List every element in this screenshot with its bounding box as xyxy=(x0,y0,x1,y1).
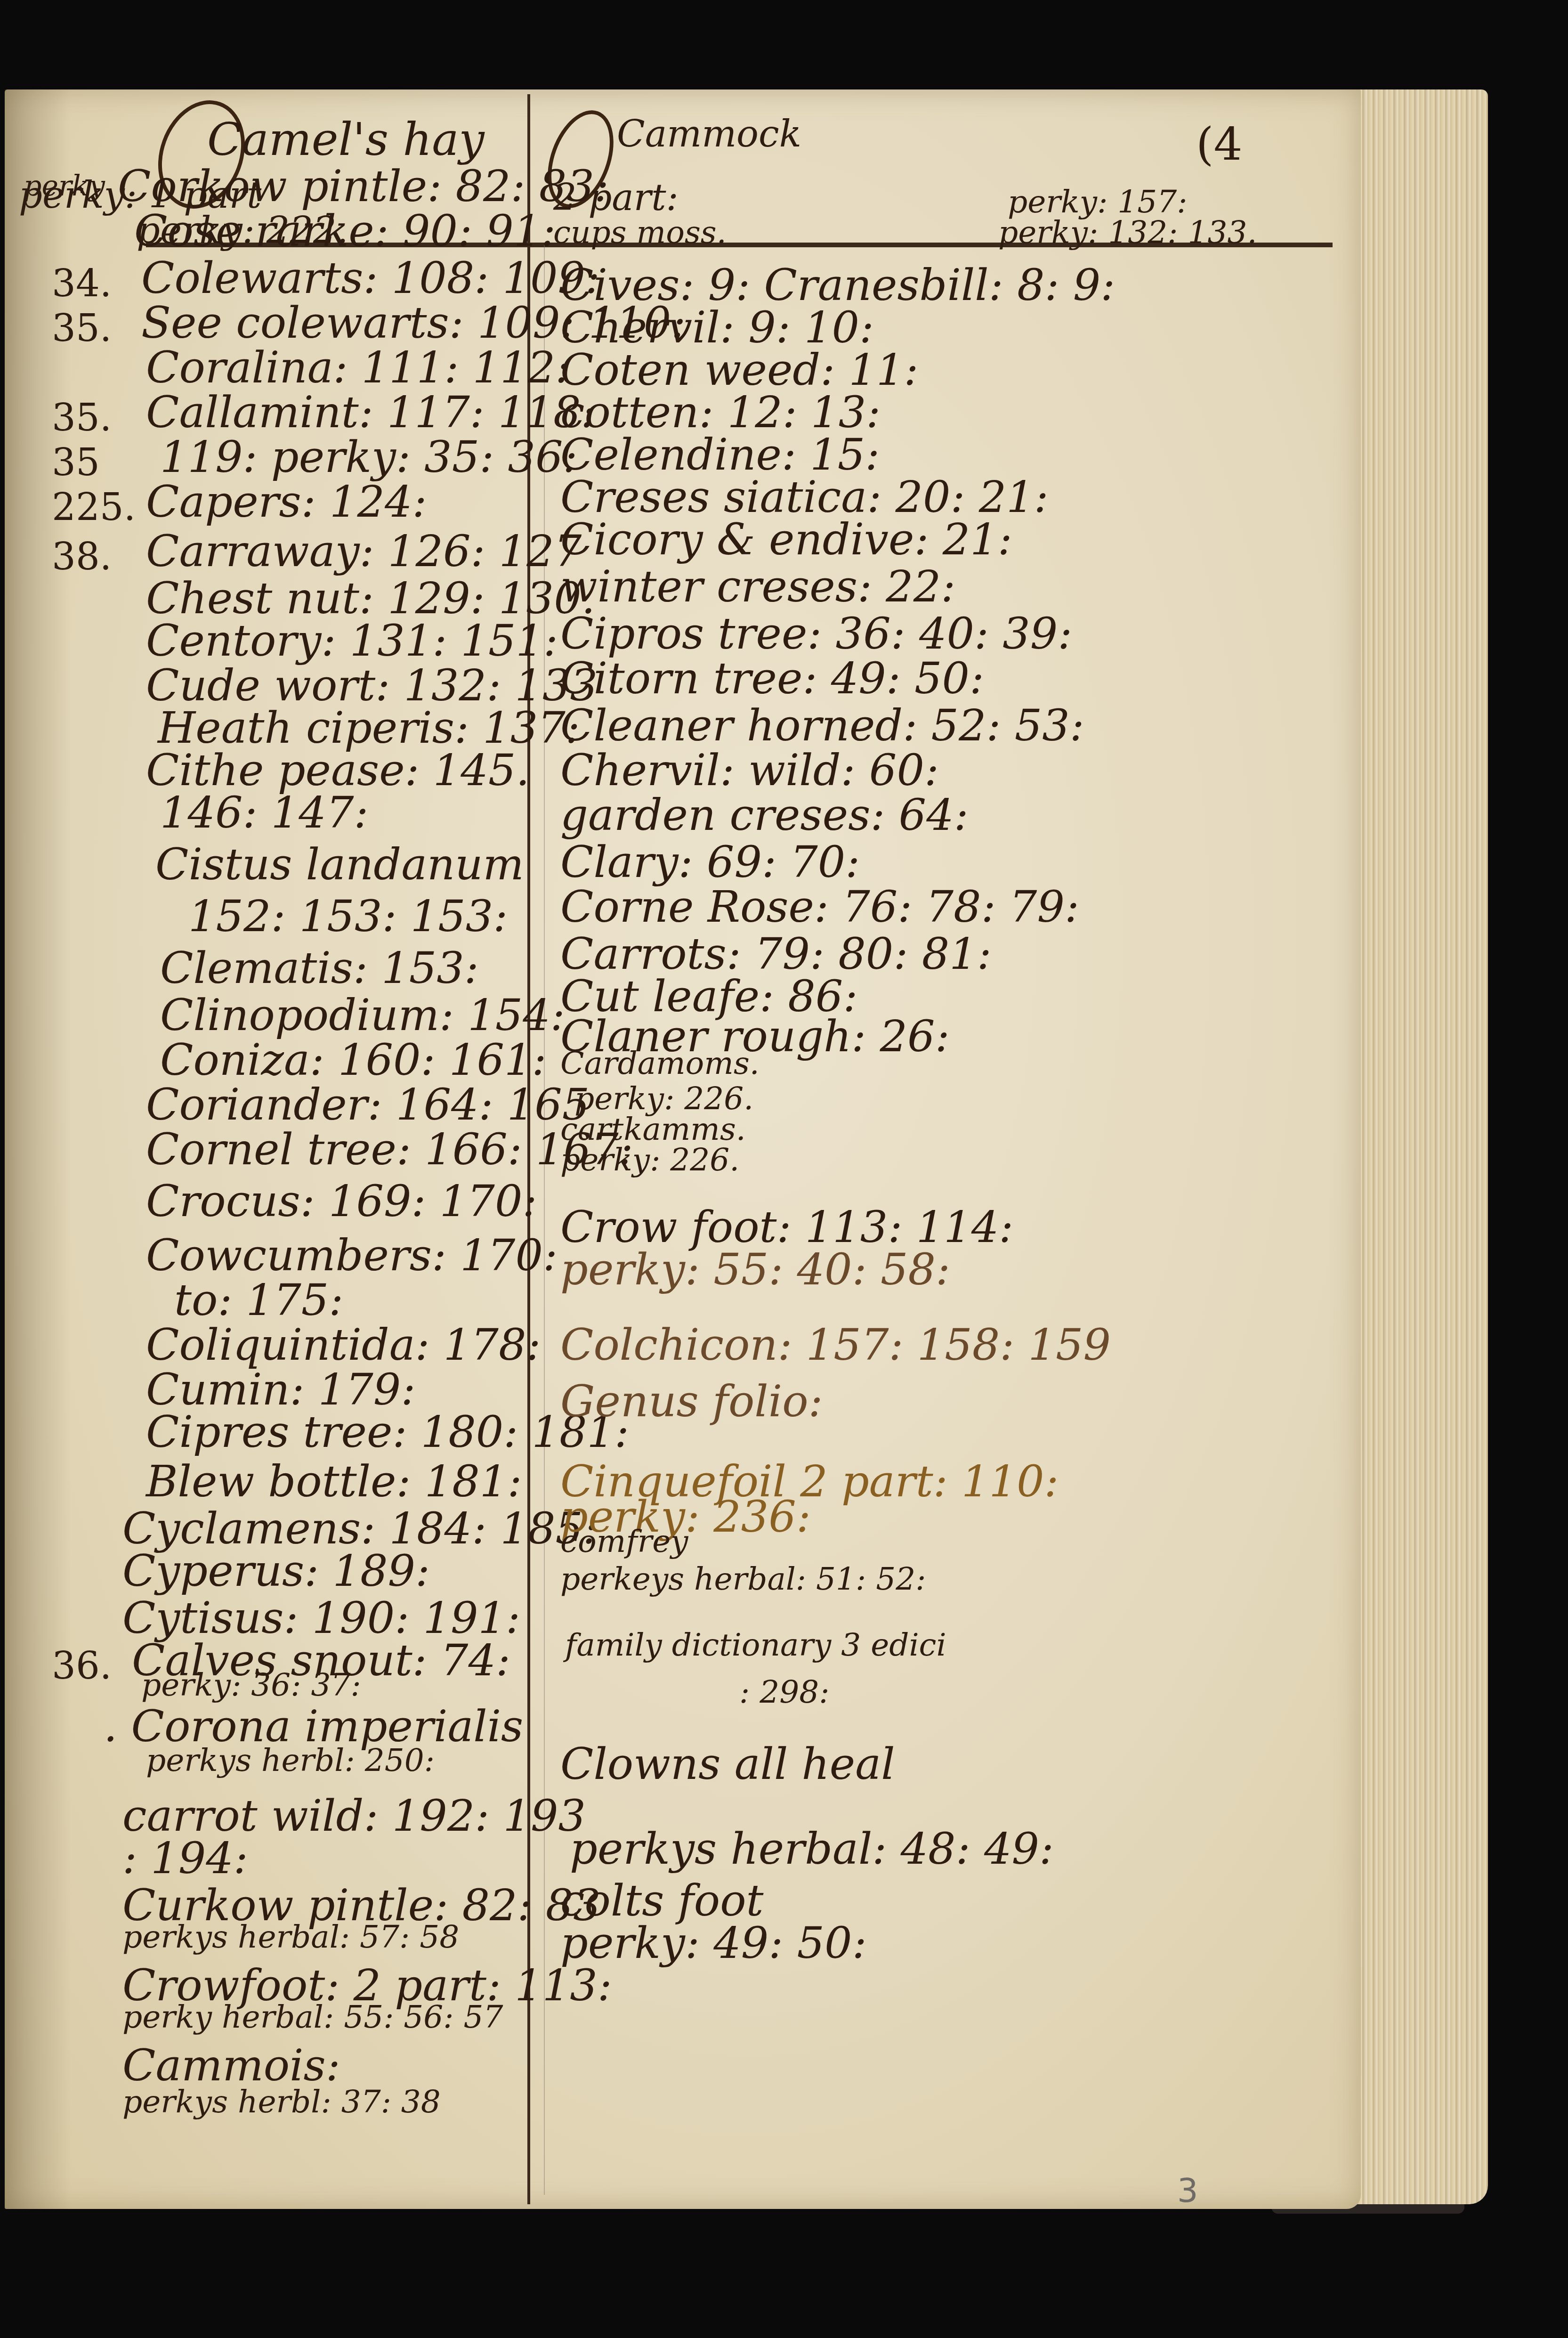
index-entry: Heath ciperis: 137: xyxy=(158,706,580,750)
index-entry: Coriander: 164: 165 xyxy=(146,1083,590,1127)
index-entry: Corne Rose: 76: 78: 79: xyxy=(560,885,1079,929)
index-entry: Crocus: 169: 170: xyxy=(146,1180,537,1223)
index-entry: perky: 226. xyxy=(574,1083,753,1114)
index-entry: Cowcumbers: 170: xyxy=(146,1234,558,1277)
index-entry: Centory: 131: 151: xyxy=(146,619,558,663)
index-entry: Cipros tree: 36: 40: 39: xyxy=(560,612,1072,656)
index-entry: perky: 49: 50: xyxy=(560,1922,867,1965)
index-entry: Chest nut: 129: 130. xyxy=(146,577,595,620)
index-entry: Clinopodium: 154: xyxy=(160,994,565,1037)
index-entry: Citorn tree: 49: 50: xyxy=(560,657,984,700)
index-entry: Cumin: 179: xyxy=(146,1368,415,1412)
index-entry: Cytisus: 190: 191: xyxy=(122,1597,520,1640)
index-entry: perky: 36: 37: xyxy=(141,1670,361,1701)
margin-number: 225. xyxy=(52,485,136,529)
index-entry: Blew bottle: 181: xyxy=(146,1460,522,1503)
page-marker: (4 xyxy=(1196,118,1243,170)
right-header-line-2: cups moss. xyxy=(553,214,727,251)
margin-number: 35 xyxy=(52,440,100,484)
index-entry: Colewarts: 108: 109: xyxy=(141,257,600,300)
index-entry: Corkow pintle: 82: 83: xyxy=(118,165,609,208)
index-entry: Chervil: wild: 60: xyxy=(560,749,939,792)
index-entry: Cyclamens: 184: 185: xyxy=(122,1507,598,1551)
index-entry: Clematis: 153: xyxy=(160,947,479,990)
index-entry: garden creses: 64: xyxy=(560,794,969,837)
index-entry: cartkamms. xyxy=(560,1114,746,1145)
index-entry: Cude wort: 132: 133 xyxy=(146,664,598,707)
index-entry: Crow foot: 113: 114: xyxy=(560,1206,1013,1249)
right-header-title: Cammock xyxy=(617,113,801,155)
left-header-title: Camel's hay xyxy=(207,113,485,166)
index-entry: perkys herbal: 48: 49: xyxy=(570,1827,1054,1871)
index-entry: perkys herbal: 57: 58 xyxy=(122,1922,459,1953)
index-entry: Carraway: 126: 127 xyxy=(146,530,582,573)
index-entry: perkeys herbal: 51: 52: xyxy=(560,1564,926,1595)
index-entry: Cyperus: 189: xyxy=(122,1550,430,1593)
index-entry: family dictionary 3 edici xyxy=(565,1630,946,1661)
index-entry: Coten weed: 11: xyxy=(560,349,919,392)
margin-number: 35. xyxy=(52,396,112,439)
index-entry: Cleaner horned: 52: 53: xyxy=(560,704,1084,747)
index-entry: Clowns all heal xyxy=(560,1743,895,1786)
index-entry: winter creses: 22: xyxy=(560,565,955,609)
index-entry: Cammois: xyxy=(122,2044,340,2087)
index-entry: : 194: xyxy=(122,1837,248,1880)
folio-number: 3 xyxy=(1177,2171,1198,2210)
index-entry: Celendine: 15: xyxy=(560,433,880,477)
margin-number: 38. xyxy=(52,535,112,578)
index-entry: perkys herbl: 37: 38 xyxy=(122,2086,441,2118)
index-entry: Cithe pease: 145. xyxy=(146,749,530,792)
index-entry: Chervil: 9: 10: xyxy=(560,306,874,349)
index-entry: perky herbal: 55: 56: 57 xyxy=(122,2002,503,2033)
index-entry: perky: 55: 40: 58: xyxy=(560,1248,950,1291)
index-entry: Coliquintida: 178: xyxy=(146,1323,541,1367)
index-entry: Callamint: 117: 118: xyxy=(146,391,596,434)
index-entry: Carrots: 79: 80: 81: xyxy=(560,933,992,976)
index-entry: perkys herbl: 250: xyxy=(146,1745,435,1776)
index-entry: Clary: 69: 70: xyxy=(560,841,860,884)
index-entry: carrot wild: 192: 193 xyxy=(122,1794,586,1838)
margin-number: perky xyxy=(24,170,105,203)
index-entry: comfrey xyxy=(560,1526,688,1557)
index-entry: 146: 147: xyxy=(160,791,368,835)
margin-number: 34. xyxy=(52,261,112,305)
index-entry: Genus folio: xyxy=(560,1380,823,1423)
index-entry: Creses siatica: 20: 21: xyxy=(560,476,1049,519)
index-entry: Cardamoms. xyxy=(560,1048,760,1079)
margin-number: 36. xyxy=(52,1644,112,1688)
index-entry: Coralina: 111: 112: xyxy=(146,346,570,390)
index-entry: perky: 226. xyxy=(560,1145,739,1176)
index-entry: Cistus landanum xyxy=(155,843,524,886)
index-entry: Cose rarke: 90: 91: xyxy=(134,210,556,253)
margin-number: 35. xyxy=(52,306,112,350)
index-entry: Coniza: 160: 161: xyxy=(160,1039,546,1082)
index-entry: : 298: xyxy=(739,1677,829,1708)
index-entry: Colchicon: 157: 158: 159 xyxy=(560,1323,1111,1367)
index-entry: to: 175: xyxy=(174,1279,343,1322)
index-entry: Cives: 9: Cranesbill: 8: 9: xyxy=(560,264,1115,307)
index-entry: colts foot xyxy=(560,1879,764,1923)
index-entry: 119: perky: 35: 36: xyxy=(160,436,578,479)
index-entry: Capers: 124: xyxy=(146,480,427,524)
index-entry: Cicory & endive: 21: xyxy=(560,518,1012,561)
index-entry: cotten: 12: 13: xyxy=(560,391,881,434)
index-entry: 152: 153: 153: xyxy=(188,895,508,938)
right-header-ref-2: perky: 132: 133. xyxy=(998,214,1257,251)
manuscript-page: Camel's hay perky: 1 part perky: 222. Ca… xyxy=(5,89,1361,2209)
index-entry: Cipres tree: 180: 181: xyxy=(146,1411,629,1454)
